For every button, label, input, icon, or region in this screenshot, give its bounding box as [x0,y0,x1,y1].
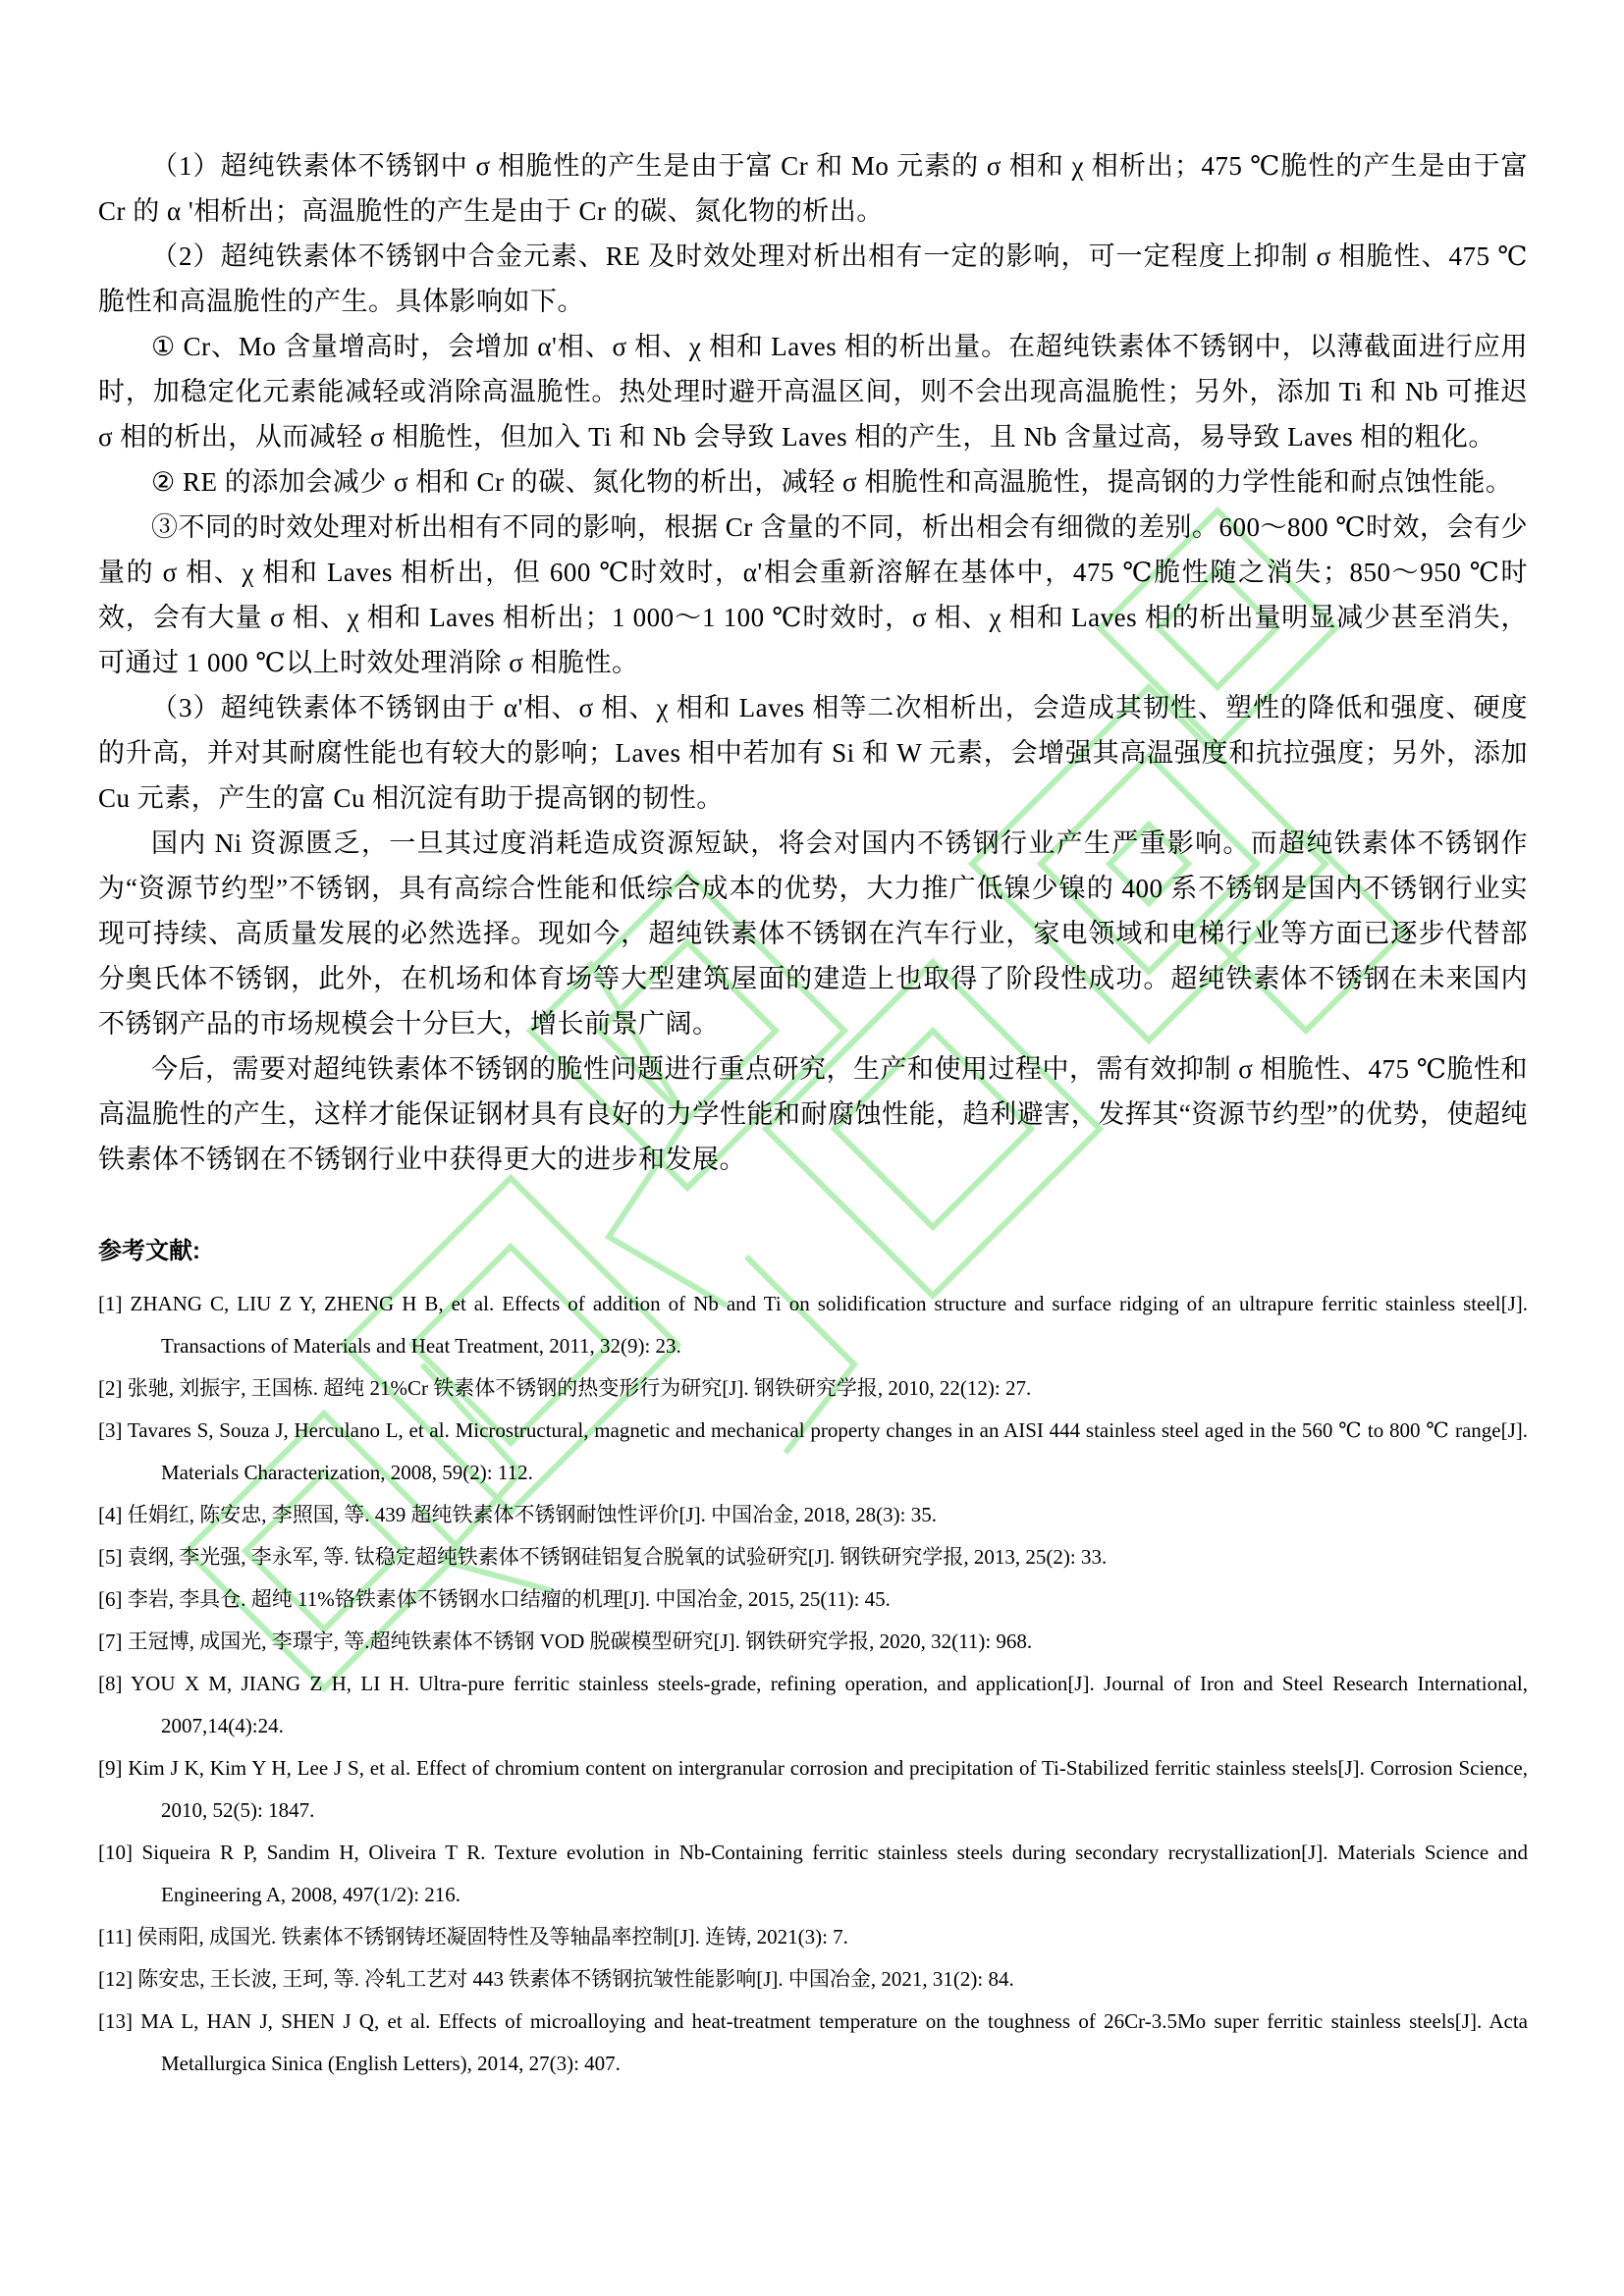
body-paragraph-3: ① Cr、Mo 含量增高时，会增加 α'相、σ 相、χ 相和 Laves 相的析… [98,324,1528,459]
reference-item-2: [2] 张驰, 刘振宇, 王国栋. 超纯 21%Cr 铁素体不锈钢的热变形行为研… [98,1367,1528,1410]
body-paragraph-8: 今后，需要对超纯铁素体不锈钢的脆性问题进行重点研究，生产和使用过程中，需有效抑制… [98,1046,1528,1182]
reference-item-8: [8] YOU X M, JIANG Z H, LI H. Ultra-pure… [98,1663,1528,1747]
reference-item-13: [13] MA L, HAN J, SHEN J Q, et al. Effec… [98,2001,1528,2085]
references-heading: 参考文献: [98,1231,1528,1265]
reference-item-6: [6] 李岩, 李具仓. 超纯 11%铬铁素体不锈钢水口结瘤的机理[J]. 中国… [98,1578,1528,1621]
body-paragraph-6: （3）超纯铁素体不锈钢由于 α'相、σ 相、χ 相和 Laves 相等二次相析出… [98,685,1528,821]
document-page: （1）超纯铁素体不锈钢中 σ 相脆性的产生是由于富 Cr 和 Mo 元素的 σ … [0,0,1624,2296]
reference-item-9: [9] Kim J K, Kim Y H, Lee J S, et al. Ef… [98,1747,1528,1832]
body-paragraph-2: （2）超纯铁素体不锈钢中合金元素、RE 及时效处理对析出相有一定的影响，可一定程… [98,234,1528,324]
reference-item-3: [3] Tavares S, Souza J, Herculano L, et … [98,1410,1528,1494]
references-list: [1] ZHANG C, LIU Z Y, ZHENG H B, et al. … [98,1283,1528,2085]
reference-item-5: [5] 袁纲, 李光强, 李永军, 等. 钛稳定超纯铁素体不锈钢硅铝复合脱氧的试… [98,1536,1528,1578]
document-content: （1）超纯铁素体不锈钢中 σ 相脆性的产生是由于富 Cr 和 Mo 元素的 σ … [98,143,1528,2085]
reference-item-1: [1] ZHANG C, LIU Z Y, ZHENG H B, et al. … [98,1283,1528,1367]
reference-item-12: [12] 陈安忠, 王长波, 王珂, 等. 冷轧工艺对 443 铁素体不锈钢抗皱… [98,1958,1528,2001]
body-paragraph-5: ③不同的时效处理对析出相有不同的影响，根据 Cr 含量的不同，析出相会有细微的差… [98,505,1528,685]
reference-item-11: [11] 侯雨阳, 成国光. 铁素体不锈钢铸坯凝固特性及等轴晶率控制[J]. 连… [98,1916,1528,1958]
reference-item-4: [4] 任娟红, 陈安忠, 李照国, 等. 439 超纯铁素体不锈钢耐蚀性评价[… [98,1494,1528,1536]
body-paragraph-4: ② RE 的添加会减少 σ 相和 Cr 的碳、氮化物的析出，减轻 σ 相脆性和高… [98,459,1528,505]
body-paragraph-7: 国内 Ni 资源匮乏，一旦其过度消耗造成资源短缺，将会对国内不锈钢行业产生严重影… [98,821,1528,1046]
reference-item-7: [7] 王冠博, 成国光, 李璟宇, 等.超纯铁素体不锈钢 VOD 脱碳模型研究… [98,1621,1528,1663]
reference-item-10: [10] Siqueira R P, Sandim H, Oliveira T … [98,1832,1528,1916]
body-paragraph-1: （1）超纯铁素体不锈钢中 σ 相脆性的产生是由于富 Cr 和 Mo 元素的 σ … [98,143,1528,234]
